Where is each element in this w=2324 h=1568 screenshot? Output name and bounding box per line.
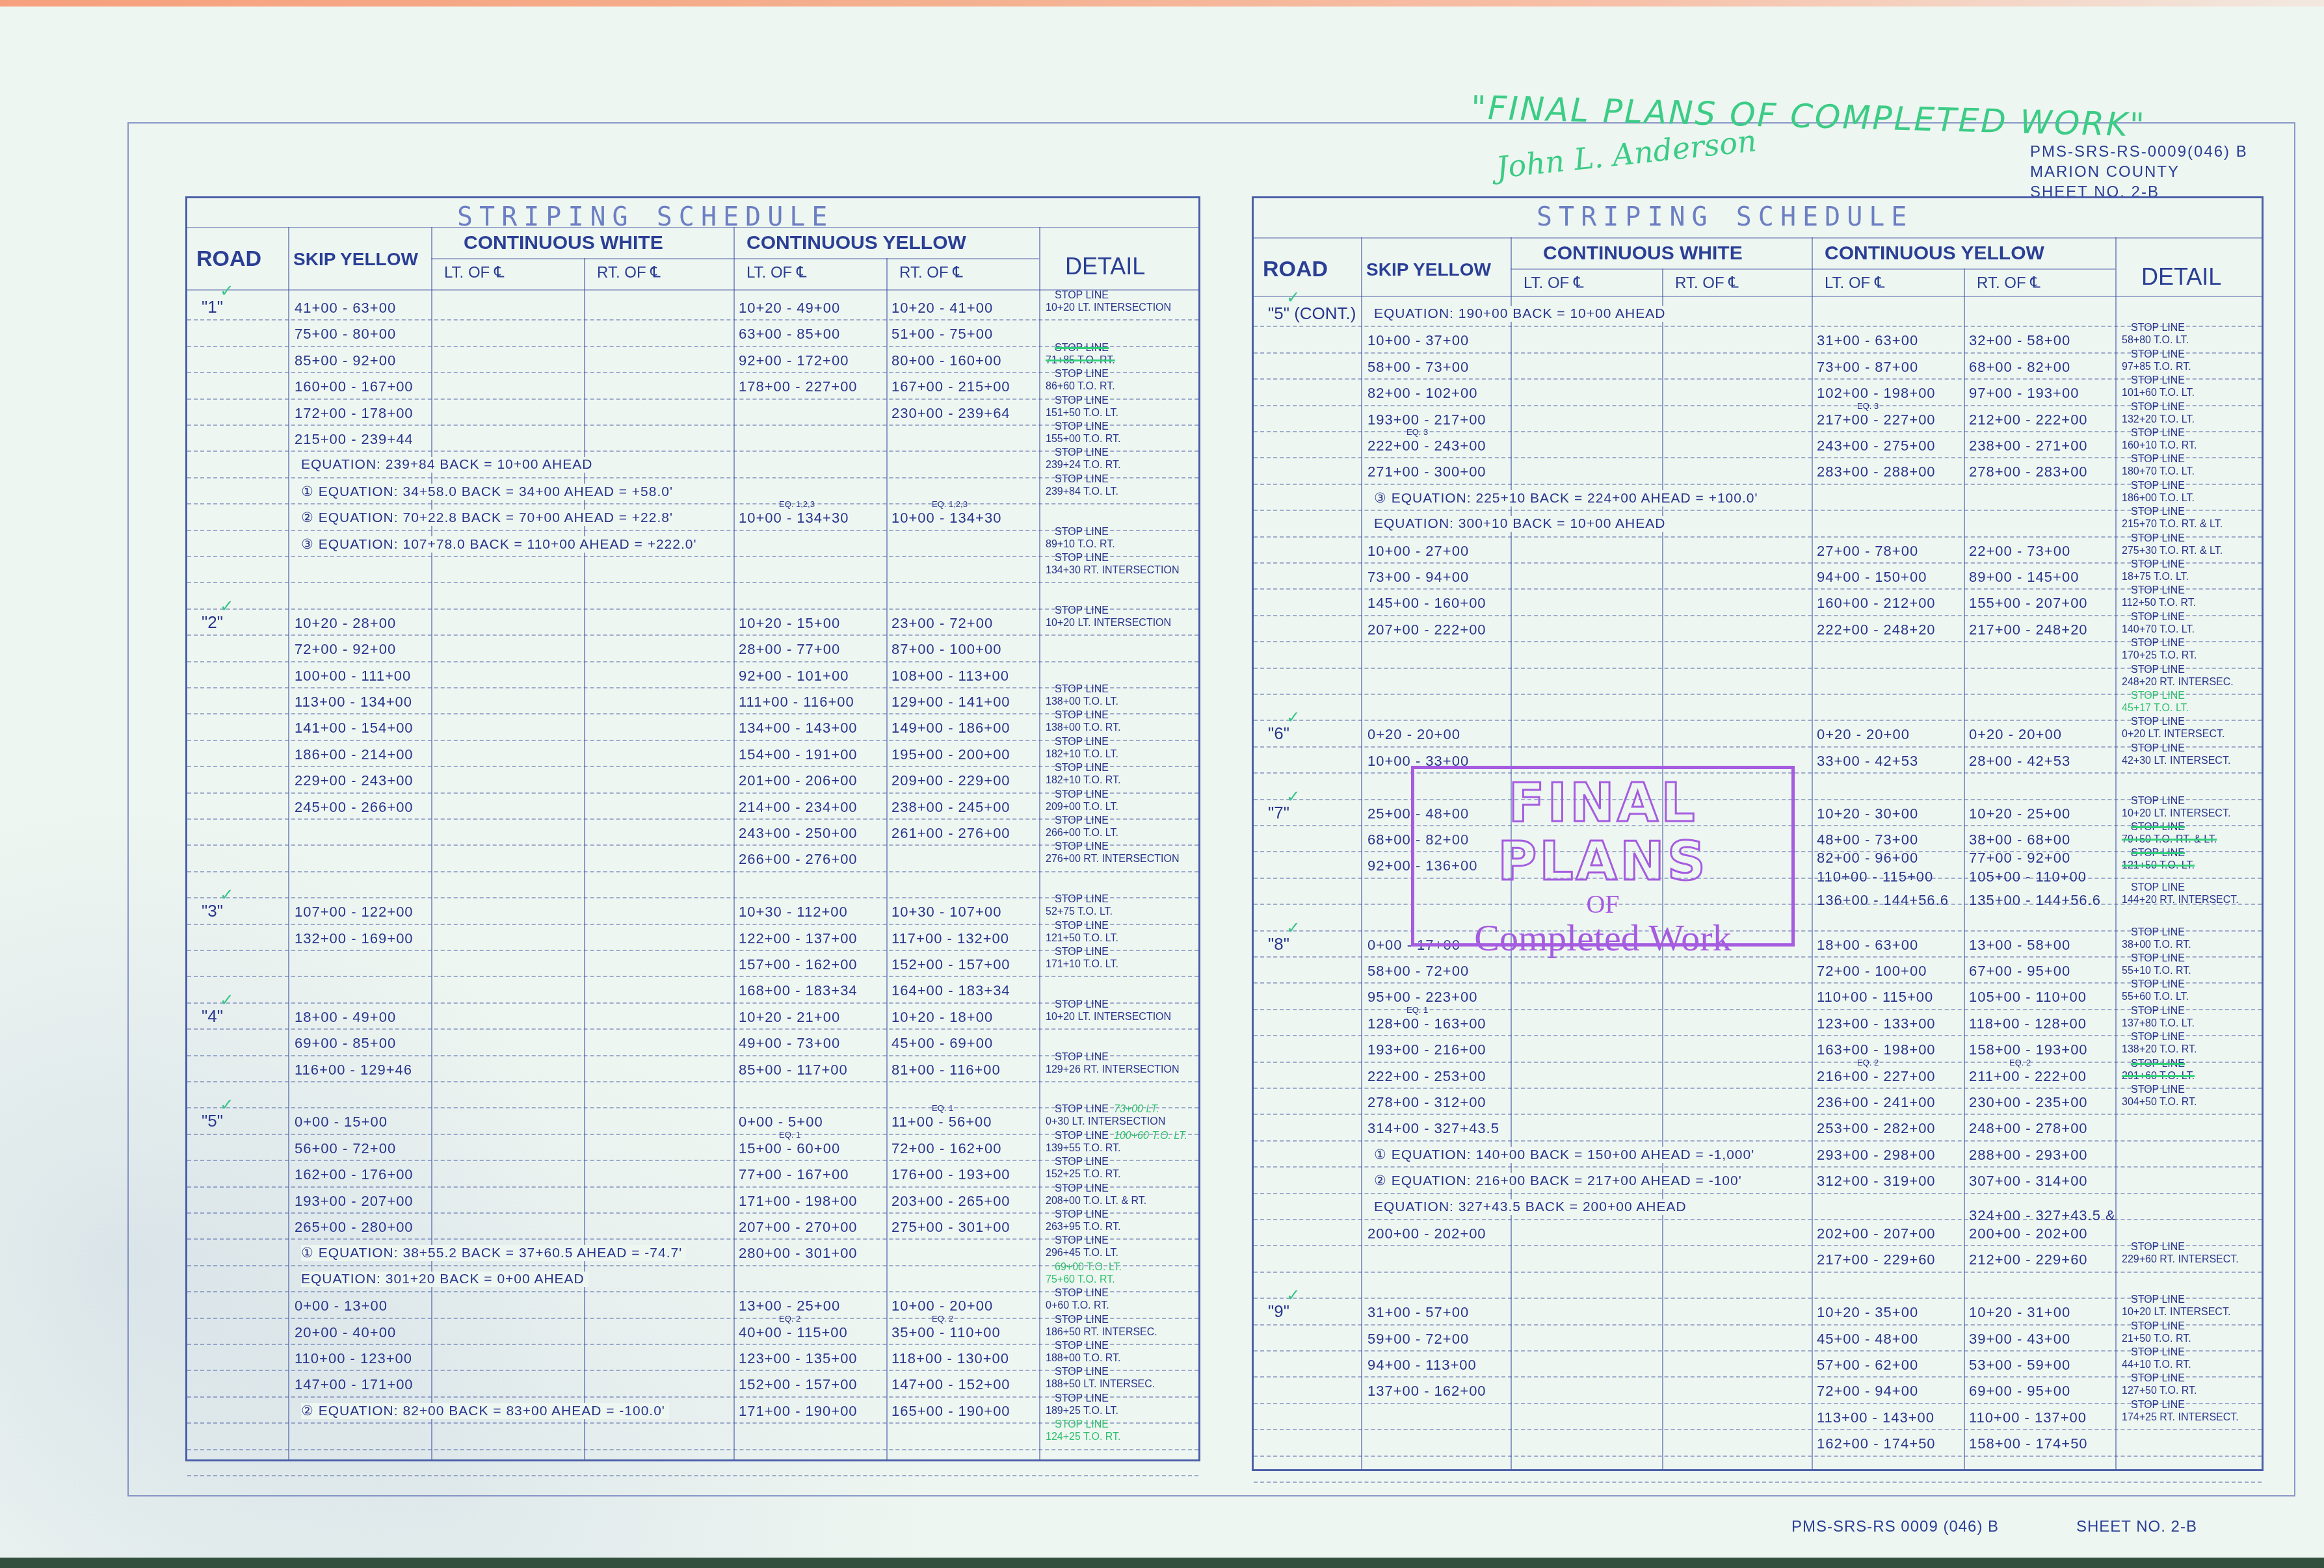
continuous-yellow-lt-cell: 49+00 - 73+00	[739, 1035, 840, 1052]
continuous-yellow-rt-cell: 324+00 - 327+43.5 &	[1969, 1207, 2116, 1224]
title-block: PMS-SRS-RS-0009(046) B MARION COUNTY SHE…	[2030, 142, 2248, 202]
continuous-yellow-lt-cell: 82+00 - 96+00	[1817, 850, 1918, 867]
detail-line-2: 0+30 LT. INTERSECTION	[1046, 1116, 1165, 1127]
continuous-yellow-rt-cell: 0+20 - 20+00	[1969, 726, 2062, 743]
continuous-yellow-rt-cell: 87+00 - 100+00	[891, 641, 1001, 658]
detail-cell: STOP LINE101+60 T.O. LT.	[2122, 374, 2195, 399]
row-rule	[1254, 1088, 2262, 1089]
detail-line-2: 55+60 T.O. LT.	[2122, 991, 2189, 1002]
detail-cell: STOP LINE10+20 LT. INTERSECTION	[1046, 999, 1171, 1023]
detail-cell: STOP LINE121+50 T.O. LT.	[2122, 847, 2195, 872]
row-rule	[1254, 352, 2262, 354]
detail-line-1: STOP LINE	[2122, 716, 2225, 728]
detail-line-2: 209+00 T.O. LT.	[1046, 802, 1118, 813]
detail-cell: STOP LINE140+70 T.O. LT.	[2122, 611, 2195, 636]
row-rule	[1254, 326, 2262, 327]
detail-cell: STOP LINE89+10 T.O. RT.	[1046, 526, 1115, 551]
header-rule	[1254, 237, 2262, 239]
continuous-yellow-rt-cell: 167+00 - 215+00	[891, 378, 1010, 395]
skip-yellow-cell: 10+00 - 27+00	[1367, 543, 1469, 560]
continuous-yellow-rt-cell: 69+00 - 95+00	[1969, 1383, 2070, 1400]
continuous-yellow-lt-cell: 72+00 - 94+00	[1817, 1383, 1918, 1400]
continuous-yellow-rt-cell: 67+00 - 95+00	[1969, 963, 2070, 980]
detail-line-1: STOP LINE	[1046, 1156, 1120, 1168]
skip-yellow-cell: 110+00 - 123+00	[295, 1350, 412, 1367]
detail-cell: STOP LINE188+00 T.O. RT.	[1046, 1340, 1120, 1365]
detail-cell: STOP LINE182+10 T.O. LT.	[1046, 736, 1118, 761]
continuous-yellow-lt-cell: 113+00 - 143+00	[1817, 1409, 1934, 1426]
continuous-yellow-lt-cell: 92+00 - 172+00	[739, 352, 849, 369]
continuous-yellow-lt-cell: 217+00 - 227+00	[1817, 412, 1936, 428]
continuous-yellow-rt-cell: 45+00 - 69+00	[891, 1035, 993, 1052]
continuous-yellow-lt-cell: 152+00 - 157+00	[739, 1376, 858, 1393]
skip-yellow-cell: 41+00 - 63+00	[295, 300, 396, 317]
skip-yellow-cell: 278+00 - 312+00	[1367, 1094, 1486, 1111]
detail-cell: STOP LINE18+75 T.O. LT.	[2122, 558, 2189, 583]
detail-cell: STOP LINE0+60 T.O. RT.	[1046, 1287, 1109, 1312]
detail-cell: STOP LINE248+20 RT. INTERSEC.	[2122, 664, 2234, 688]
skip-yellow-cell: 18+00 - 49+00	[295, 1009, 396, 1026]
header-cy-lt: LT. OF ℄	[1825, 274, 1884, 293]
continuous-yellow-rt-cell: 176+00 - 193+00	[891, 1166, 1010, 1183]
row-rule	[1254, 536, 2262, 538]
header-cw-rt: RT. OF ℄	[1675, 274, 1739, 293]
header-cw-lt: LT. OF ℄	[1524, 274, 1583, 293]
detail-cell: STOP LINE10+20 LT. INTERSECTION	[1046, 289, 1171, 314]
detail-line-2: 10+20 LT. INTERSECTION	[1046, 302, 1171, 313]
continuous-yellow-rt-cell: 10+20 - 31+00	[1969, 1304, 2070, 1321]
detail-line-1: STOP LINE	[1046, 736, 1118, 748]
detail-line-2: 248+20 RT. INTERSEC.	[2122, 677, 2234, 688]
continuous-yellow-rt-cell: 165+00 - 190+00	[891, 1403, 1010, 1420]
detail-cell: STOP LINE127+50 T.O. RT.	[2122, 1372, 2197, 1397]
detail-cell: STOP LINE275+30 T.O. RT. & LT.	[2122, 532, 2223, 557]
equation-note: ② EQUATION: 70+22.8 BACK = 70+00 AHEAD =…	[301, 510, 677, 526]
skip-yellow-cell: 0+20 - 20+00	[1367, 726, 1460, 743]
detail-line-2: 239+84 T.O. LT.	[1046, 486, 1118, 497]
continuous-yellow-rt-cell: 22+00 - 73+00	[1969, 543, 2070, 560]
equation-note: EQ. 2	[2009, 1058, 2031, 1067]
detail-line-1: STOP LINE	[1046, 1287, 1109, 1300]
continuous-yellow-rt-cell: 35+00 - 110+00	[891, 1324, 1001, 1341]
detail-cell: STOP LINE180+70 T.O. LT.	[2122, 453, 2195, 478]
skip-yellow-cell: 193+00 - 217+00	[1367, 412, 1486, 428]
row-rule	[187, 634, 1198, 636]
detail-cell: STOP LINE129+26 RT. INTERSECTION	[1046, 1051, 1180, 1076]
detail-cell: STOP LINE10+20 LT. INTERSECT.	[2122, 795, 2230, 820]
detail-line-1: STOP LINE	[2122, 453, 2195, 465]
header-road: ROAD	[1263, 257, 1328, 282]
skip-yellow-cell: 72+00 - 92+00	[295, 641, 396, 658]
continuous-yellow-rt-cell: 155+00 - 207+00	[1969, 595, 2088, 612]
detail-line-1: STOP LINE	[1046, 1366, 1155, 1378]
detail-cell: STOP LINE266+00 T.O. LT.	[1046, 815, 1118, 839]
continuous-yellow-rt-cell: 230+00 - 235+00	[1969, 1094, 2088, 1111]
skip-yellow-cell: 107+00 - 122+00	[295, 904, 414, 921]
continuous-yellow-lt-cell: 123+00 - 135+00	[739, 1350, 858, 1367]
continuous-yellow-rt-cell: 51+00 - 75+00	[891, 326, 993, 343]
detail-line-2: 112+50 T.O. RT.	[2122, 597, 2196, 608]
equation-note: EQ. 1,2,3	[932, 499, 968, 509]
equation-note: EQ. 3	[1406, 427, 1428, 437]
detail-cell: STOP LINE45+17 T.O. LT.	[2122, 690, 2189, 714]
continuous-yellow-lt-cell: 214+00 - 234+00	[739, 799, 858, 816]
continuous-yellow-rt-cell: 38+00 - 68+00	[1969, 831, 2070, 848]
skip-yellow-cell: 95+00 - 223+00	[1367, 989, 1477, 1006]
detail-line-2: 42+30 LT. INTERSECT.	[2122, 755, 2230, 766]
detail-cell: STOP LINE304+50 T.O. RT.	[2122, 1084, 2197, 1108]
skip-yellow-cell: 10+00 - 37+00	[1367, 332, 1469, 349]
detail-line-2: 129+26 RT. INTERSECTION	[1046, 1064, 1180, 1075]
continuous-yellow-rt-cell: 118+00 - 128+00	[1969, 1015, 2087, 1032]
skip-yellow-cell: 215+00 - 239+44	[295, 431, 414, 448]
detail-line-2: 188+00 T.O. RT.	[1046, 1353, 1120, 1364]
skip-yellow-cell: 132+00 - 169+00	[295, 930, 414, 947]
checkmark-icon: ✓	[220, 598, 234, 615]
detail-line-1: STOP LINE	[1046, 1314, 1157, 1326]
detail-line-2: 21+50 T.O. RT.	[2122, 1333, 2191, 1344]
continuous-yellow-lt-cell: 31+00 - 63+00	[1817, 332, 1918, 349]
detail-cell: STOP LINE138+00 T.O. RT.	[1046, 709, 1120, 734]
skip-yellow-cell: 0+00 - 15+00	[295, 1114, 388, 1130]
detail-line-1: STOP LINE	[1046, 1051, 1180, 1064]
detail-line-1: STOP LINE	[1046, 841, 1180, 853]
detail-cell: STOP LINE189+25 T.O. LT.	[1046, 1392, 1118, 1417]
continuous-yellow-lt-cell: 15+00 - 60+00	[739, 1140, 840, 1157]
row-rule	[1254, 1403, 2262, 1404]
detail-line-1: STOP LINE	[2122, 795, 2230, 807]
row-rule	[1254, 1114, 2262, 1115]
column-rule	[1039, 227, 1040, 1459]
skip-yellow-cell: 245+00 - 266+00	[295, 799, 414, 816]
detail-line-1: STOP LINE	[2122, 926, 2191, 939]
continuous-yellow-lt-cell: 171+00 - 198+00	[739, 1193, 858, 1210]
column-rule	[733, 227, 735, 1459]
detail-line-1: STOP LINE	[1046, 395, 1118, 407]
detail-line-2: 155+00 T.O. RT.	[1046, 434, 1120, 445]
detail-line-1: STOP LINE	[1046, 368, 1115, 380]
row-rule	[1254, 1456, 2262, 1457]
skip-yellow-cell: 160+00 - 167+00	[295, 378, 414, 395]
footer-project-number: PMS-SRS-RS 0009 (046) B	[1791, 1518, 1999, 1536]
equation-note: ① EQUATION: 140+00 BACK = 150+00 AHEAD =…	[1374, 1147, 1758, 1163]
detail-cell: STOP LINE208+00 T.O. LT. & RT.	[1046, 1183, 1146, 1207]
row-rule	[187, 1449, 1198, 1450]
continuous-yellow-rt-cell: 97+00 - 193+00	[1969, 385, 2079, 402]
continuous-yellow-lt-cell: 110+00 - 115+00	[1817, 989, 1933, 1006]
detail-line-2: 97+85 T.O. RT.	[2122, 361, 2191, 372]
detail-cell: STOP LINE38+00 T.O. RT.	[2122, 926, 2191, 951]
detail-cell: STOP LINE42+30 LT. INTERSECT.	[2122, 742, 2230, 767]
equation-note: ② EQUATION: 82+00 BACK = 83+00 AHEAD = -…	[301, 1403, 669, 1419]
detail-line-1: STOP LINE	[1046, 1340, 1120, 1352]
detail-line-1: STOP LINE	[1046, 1235, 1118, 1247]
skip-yellow-cell: 116+00 - 129+46	[295, 1062, 412, 1078]
header-continuous-yellow: CONTINUOUS YELLOW	[746, 232, 966, 254]
column-rule	[1964, 268, 1965, 1469]
detail-line-2: 139+55 T.O. RT.	[1046, 1143, 1120, 1154]
continuous-yellow-lt-cell: 0+00 - 5+00	[739, 1114, 823, 1130]
header-cw-rt: RT. OF ℄	[597, 263, 661, 282]
detail-cell: 69+00 T.O. LT.75+60 T.O. RT.	[1046, 1261, 1122, 1286]
row-rule	[1254, 1429, 2262, 1430]
continuous-yellow-rt-cell: 11+00 - 56+00	[891, 1114, 992, 1130]
detail-line-2: 124+25 T.O. RT.	[1046, 1431, 1120, 1443]
detail-line-1: STOP LINE	[1046, 946, 1118, 958]
continuous-yellow-lt-cell: 111+00 - 116+00	[739, 694, 854, 711]
continuous-yellow-rt-cell: 212+00 - 222+00	[1969, 412, 2088, 428]
detail-line-1: STOP LINE	[2122, 1399, 2239, 1411]
detail-cell: STOP LINE174+25 RT. INTERSECT.	[2122, 1399, 2239, 1424]
detail-line-2: 182+10 T.O. LT.	[1046, 749, 1118, 760]
checkmark-icon: ✓	[1286, 709, 1301, 726]
row-rule	[187, 1028, 1198, 1030]
detail-line-2: 170+25 T.O. RT.	[2122, 650, 2197, 661]
detail-line-1: STOP LINE	[2122, 1005, 2195, 1017]
detail-cell: STOP LINE144+20 RT. INTERSECT.	[2122, 882, 2239, 906]
detail-line-2: 180+70 T.O. LT.	[2122, 466, 2195, 477]
row-rule	[1254, 1009, 2262, 1010]
detail-line-2: 79+50 T.O. RT. & LT.	[2122, 834, 2217, 845]
skip-yellow-cell: 10+20 - 28+00	[295, 615, 396, 632]
paper-edge-bottom	[0, 1558, 2324, 1568]
detail-line-1: STOP LINE	[1046, 1418, 1120, 1431]
detail-cell: STOP LINE55+10 T.O. RT.	[2122, 952, 2191, 977]
continuous-yellow-lt-cell: 28+00 - 77+00	[739, 641, 840, 658]
row-rule	[1254, 720, 2262, 721]
continuous-yellow-rt-cell: 212+00 - 229+60	[1969, 1251, 2088, 1268]
detail-line-2: 291+60 T.O. LT.	[2122, 1071, 2195, 1082]
detail-cell: STOP LINE186+50 RT. INTERSEC.	[1046, 1314, 1157, 1339]
header-skip-yellow: SKIP YELLOW	[1366, 259, 1491, 280]
detail-cell: STOP LINE229+60 RT. INTERSECT.	[2122, 1241, 2239, 1266]
row-rule	[1254, 668, 2262, 669]
detail-line-1: STOP LINE	[2122, 847, 2195, 859]
skip-yellow-cell: 200+00 - 202+00	[1367, 1225, 1486, 1242]
equation-note: EQ. 2	[1857, 1058, 1879, 1067]
row-rule	[1254, 1166, 2262, 1168]
row-rule	[1254, 1140, 2262, 1142]
equation-note: ③ EQUATION: 225+10 BACK = 224+00 AHEAD =…	[1374, 490, 1762, 506]
detail-cell: STOP LINE291+60 T.O. LT.	[2122, 1058, 2195, 1082]
continuous-yellow-rt-cell: 238+00 - 271+00	[1969, 438, 2088, 454]
detail-line-1: STOP LINE	[2122, 532, 2223, 545]
detail-line-1: STOP LINE	[2122, 322, 2189, 334]
detail-line-2: 263+95 T.O. RT.	[1046, 1222, 1120, 1233]
detail-line-1: STOP LINE	[1046, 815, 1118, 827]
continuous-yellow-lt-cell: 163+00 - 198+00	[1817, 1041, 1936, 1058]
detail-line-1: STOP LINE	[2122, 1372, 2197, 1385]
continuous-yellow-rt-cell: 238+00 - 245+00	[891, 799, 1010, 816]
detail-line-2: 0+60 T.O. RT.	[1046, 1300, 1109, 1311]
continuous-yellow-lt-cell: 10+20 - 15+00	[739, 615, 840, 632]
continuous-yellow-rt-cell: 105+00 - 110+00	[1969, 869, 2087, 885]
skip-yellow-cell: 162+00 - 176+00	[295, 1166, 414, 1183]
detail-line-1: STOP LINE	[2122, 1241, 2239, 1253]
detail-cell: STOP LINE55+60 T.O. LT.	[2122, 978, 2189, 1003]
detail-line-1: STOP LINE73+00 LT.	[1046, 1103, 1165, 1116]
detail-line-1: STOP LINE	[2122, 821, 2217, 833]
row-rule	[1254, 457, 2262, 458]
equation-note: ① EQUATION: 34+58.0 BACK = 34+00 AHEAD =…	[301, 484, 677, 500]
equation-note: ③ EQUATION: 107+78.0 BACK = 110+00 AHEAD…	[301, 536, 700, 553]
detail-line-2: 58+80 T.O. LT.	[2122, 335, 2189, 346]
equation-note: EQ. 2	[932, 1314, 953, 1324]
detail-line-2: 188+50 LT. INTERSEC.	[1046, 1379, 1155, 1390]
continuous-yellow-lt-cell: 160+00 - 212+00	[1817, 595, 1936, 612]
continuous-yellow-lt-cell: 45+00 - 48+00	[1817, 1331, 1918, 1348]
continuous-yellow-lt-cell: 72+00 - 100+00	[1817, 963, 1927, 980]
detail-cell: STOP LINE112+50 T.O. RT.	[2122, 584, 2196, 609]
continuous-yellow-lt-cell: 48+00 - 73+00	[1817, 831, 1918, 848]
detail-line-1: STOP LINE	[1046, 421, 1120, 433]
skip-yellow-cell: 222+00 - 243+00	[1367, 438, 1486, 454]
continuous-yellow-rt-cell: 217+00 - 248+20	[1969, 621, 2088, 638]
continuous-yellow-rt-cell: 68+00 - 82+00	[1969, 359, 2070, 376]
skip-yellow-cell: 59+00 - 72+00	[1367, 1331, 1469, 1348]
skip-yellow-cell: 56+00 - 72+00	[295, 1140, 396, 1157]
detail-line-2: 137+80 T.O. LT.	[2122, 1018, 2195, 1029]
row-rule	[187, 1081, 1198, 1082]
detail-line-2: 52+75 T.O. LT.	[1046, 906, 1113, 917]
column-rule	[1812, 237, 1813, 1469]
continuous-yellow-lt-cell: 154+00 - 191+00	[739, 746, 858, 763]
detail-line-1: STOP LINE	[2122, 742, 2230, 755]
header-rule	[431, 258, 1039, 259]
skip-yellow-cell: 145+00 - 160+00	[1367, 595, 1486, 612]
skip-yellow-cell: 193+00 - 216+00	[1367, 1041, 1486, 1058]
detail-line-2: 171+10 T.O. LT.	[1046, 959, 1118, 970]
row-rule	[1254, 1193, 2262, 1194]
continuous-yellow-rt-cell: 203+00 - 265+00	[891, 1193, 1010, 1210]
header-cw-lt: LT. OF ℄	[444, 263, 504, 282]
detail-cell: STOP LINE134+30 RT. INTERSECTION	[1046, 552, 1180, 577]
continuous-yellow-rt-cell: 81+00 - 116+00	[891, 1062, 1001, 1078]
detail-line-1: STOP LINE	[1046, 1209, 1120, 1221]
continuous-yellow-rt-cell: 278+00 - 283+00	[1969, 464, 2088, 480]
detail-line-1: STOP LINE	[1046, 789, 1118, 801]
header-detail: DETAIL	[1065, 253, 1145, 280]
continuous-yellow-lt-cell: 136+00 - 144+56.6	[1817, 892, 1949, 909]
header-continuous-white: CONTINUOUS WHITE	[1543, 242, 1743, 265]
skip-yellow-cell: 0+00 - 13+00	[295, 1298, 388, 1314]
equation-note: EQUATION: 300+10 BACK = 10+00 AHEAD	[1374, 516, 1669, 532]
detail-line-1: STOP LINE	[1046, 709, 1120, 722]
checkmark-icon: ✓	[1286, 920, 1301, 937]
detail-line-1: STOP LINE	[2122, 952, 2191, 965]
row-rule	[1254, 588, 2262, 590]
header-cy-rt: RT. OF ℄	[899, 263, 963, 282]
continuous-yellow-lt-cell: 123+00 - 133+00	[1817, 1015, 1936, 1032]
detail-line-2: 208+00 T.O. LT. & RT.	[1046, 1196, 1146, 1207]
continuous-yellow-rt-cell: 118+00 - 130+00	[891, 1350, 1009, 1367]
detail-cell: STOP LINE239+24 T.O. RT.	[1046, 447, 1120, 471]
detail-line-2: 121+50 T.O. LT.	[2122, 860, 2195, 871]
column-rule	[2115, 237, 2117, 1469]
continuous-yellow-rt-cell: 23+00 - 72+00	[891, 615, 993, 632]
row-rule	[187, 319, 1198, 320]
detail-cell: STOP LINE121+50 T.O. LT.	[1046, 920, 1118, 945]
detail-line-1: STOP LINE	[1046, 526, 1115, 538]
continuous-yellow-rt-cell: 110+00 - 137+00	[1969, 1409, 2087, 1426]
continuous-yellow-rt-cell: 72+00 - 162+00	[891, 1140, 1001, 1157]
detail-cell: STOP LINE0+20 LT. INTERSECT.	[2122, 716, 2225, 740]
continuous-yellow-lt-cell: 10+20 - 35+00	[1817, 1304, 1918, 1321]
detail-cell: STOP LINE276+00 RT. INTERSECTION	[1046, 841, 1180, 865]
detail-cell: STOP LINE71+85 T.O. RT.	[1046, 342, 1115, 367]
detail-line-2: 229+60 RT. INTERSECT.	[2122, 1254, 2239, 1265]
continuous-yellow-lt-cell: 201+00 - 206+00	[739, 772, 858, 789]
checkmark-icon: ✓	[1286, 1287, 1301, 1304]
continuous-yellow-lt-cell: 283+00 - 288+00	[1817, 464, 1936, 480]
row-rule	[1254, 641, 2262, 642]
skip-yellow-cell: 193+00 - 207+00	[295, 1193, 414, 1210]
header-continuous-yellow: CONTINUOUS YELLOW	[1825, 242, 2044, 265]
header-rule	[1511, 268, 2115, 270]
row-rule	[1254, 484, 2262, 485]
row-rule	[1254, 1245, 2262, 1246]
continuous-yellow-rt-cell: 275+00 - 301+00	[891, 1219, 1010, 1236]
skip-yellow-cell: 172+00 - 178+00	[295, 405, 414, 422]
skip-yellow-cell: 100+00 - 111+00	[295, 668, 411, 685]
skip-yellow-cell: 207+00 - 222+00	[1367, 621, 1486, 638]
skip-yellow-cell: 85+00 - 92+00	[295, 352, 396, 369]
continuous-yellow-rt-cell: 248+00 - 278+00	[1969, 1120, 2088, 1137]
continuous-yellow-rt-cell: 135+00 - 144+56.6	[1969, 892, 2101, 909]
header-road: ROAD	[196, 246, 261, 272]
skip-yellow-cell: 58+00 - 73+00	[1367, 359, 1469, 376]
detail-cell: STOP LINE263+95 T.O. RT.	[1046, 1209, 1120, 1233]
continuous-yellow-lt-cell: 110+00 - 115+00	[1817, 869, 1933, 885]
detail-line-2: 151+50 T.O. LT.	[1046, 408, 1118, 419]
continuous-yellow-lt-cell: 18+00 - 63+00	[1817, 937, 1918, 954]
equation-note: EQUATION: 301+20 BACK = 0+00 AHEAD	[301, 1272, 588, 1287]
detail-line-2: 239+24 T.O. RT.	[1046, 460, 1120, 471]
row-rule	[1254, 1062, 2262, 1063]
detail-line-1: STOP LINE	[2122, 637, 2197, 649]
column-rule	[288, 227, 289, 1459]
skip-yellow-cell: 137+00 - 162+00	[1367, 1383, 1486, 1400]
continuous-yellow-rt-cell: 108+00 - 113+00	[891, 668, 1009, 685]
continuous-yellow-lt-cell: 0+20 - 20+00	[1817, 726, 1910, 743]
continuous-yellow-lt-cell: 10+20 - 49+00	[739, 300, 840, 317]
striping-schedule-left: STRIPING SCHEDULEROADSKIP YELLOWCONTINUO…	[185, 196, 1200, 1461]
detail-line-1: STOP LINE	[2122, 690, 2189, 702]
column-rule	[886, 258, 888, 1459]
detail-line-1: STOP LINE	[1046, 1392, 1118, 1405]
detail-line-1: STOP LINE	[1046, 447, 1120, 459]
detail-line-1: STOP LINE	[1046, 473, 1118, 486]
continuous-yellow-rt-cell: 164+00 - 183+34	[891, 982, 1010, 999]
detail-line-2: 215+70 T.O. RT. & LT.	[2122, 519, 2223, 530]
detail-line-2: 296+45 T.O. LT.	[1046, 1248, 1118, 1259]
continuous-yellow-lt-cell: 94+00 - 150+00	[1817, 569, 1927, 586]
continuous-yellow-lt-cell: 85+00 - 117+00	[739, 1062, 848, 1078]
detail-line-2: 86+60 T.O. RT.	[1046, 381, 1115, 392]
row-rule	[1254, 1350, 2262, 1352]
stamp-line-1: FINAL PLANS	[1414, 774, 1791, 891]
detail-cell: STOP LINE138+00 T.O. LT.	[1046, 683, 1118, 708]
row-rule	[1254, 615, 2262, 616]
continuous-yellow-rt-cell: 152+00 - 157+00	[891, 956, 1010, 973]
detail-line-1: STOP LINE	[1046, 920, 1118, 932]
detail-cell: STOP LINE182+10 T.O. RT.	[1046, 762, 1120, 787]
detail-green-note: 100+60 T.O. LT.	[1114, 1130, 1187, 1142]
detail-cell: STOP LINE10+20 LT. INTERSECT.	[2122, 1294, 2230, 1318]
stamp-line-3: Completed Work	[1414, 917, 1791, 959]
continuous-yellow-lt-cell: 236+00 - 241+00	[1817, 1094, 1936, 1111]
continuous-yellow-rt-cell: 195+00 - 200+00	[891, 746, 1010, 763]
